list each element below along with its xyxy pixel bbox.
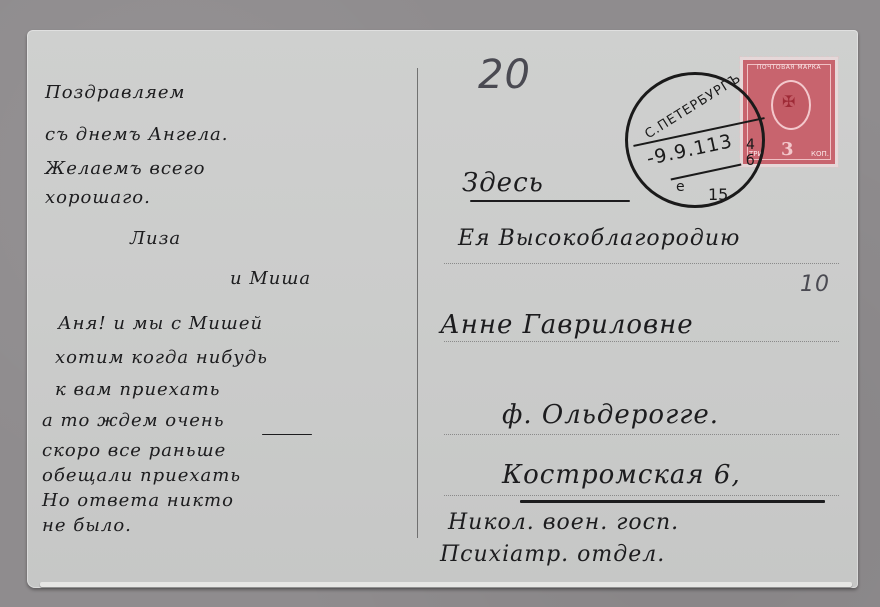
double-headed-eagle-icon: ✠ — [782, 92, 795, 111]
pencil-margin-note: 10 — [800, 272, 830, 297]
message-line: хотим когда нибудь — [55, 347, 268, 368]
address-line-2 — [444, 341, 839, 342]
postmark-cancellation: С.ПЕТЕРБУРГЪ -9.9.113 4 б е 15 — [625, 72, 765, 208]
message-line: скоро все раньше — [42, 440, 226, 461]
stamp-right-text: КОП. — [811, 150, 829, 158]
postmark-bar — [671, 164, 742, 181]
message-underline — [262, 434, 312, 435]
postmark-number: 15 — [708, 185, 728, 204]
message-line: Аня! и мы с Мишей — [58, 313, 263, 334]
message-line: Желаемъ всего — [45, 158, 206, 179]
message-line: не было. — [42, 515, 132, 536]
postmark-side-mark: 4 — [746, 137, 755, 153]
address-line-3 — [444, 434, 839, 435]
address-line-1 — [444, 263, 839, 264]
address-line-4 — [444, 495, 839, 496]
address-line: Психiатр. отдел. — [440, 542, 665, 567]
address-line: Никол. воен. госп. — [448, 510, 679, 535]
address-line: Здесь — [462, 168, 544, 198]
message-line: Поздравляем — [45, 82, 185, 103]
message-line: хорошаго. — [45, 187, 151, 208]
address-underline — [470, 200, 630, 202]
postmark-year-suffix: 3 — [717, 130, 734, 154]
stamp-header: ПОЧТОВАЯ МАРКА — [749, 64, 829, 71]
postcard-bottom-edge — [40, 582, 852, 587]
postcard-divider-line — [417, 68, 418, 538]
address-line: ф. Ольдерогге. — [502, 400, 719, 430]
address-line: Ея Высокоблагородию — [458, 226, 740, 251]
address-line: Анне Гавриловне — [440, 310, 694, 340]
address-underline — [520, 500, 825, 503]
message-line: обещали приехать — [42, 465, 241, 486]
signature: Лиза — [130, 228, 181, 249]
address-line: Костромская 6, — [502, 460, 741, 490]
message-line: съ днемъ Ангела. — [45, 124, 229, 145]
postmark-side-marks: 4 б — [746, 137, 755, 169]
pencil-number: 20 — [478, 52, 531, 98]
signature: и Миша — [230, 268, 311, 289]
message-line: Но ответа никто — [42, 490, 234, 511]
message-line: а то ждем очень — [42, 410, 225, 431]
postmark-side-mark: б — [746, 153, 755, 169]
message-line: к вам приехать — [55, 379, 220, 400]
postmark-letter: е — [676, 179, 685, 195]
